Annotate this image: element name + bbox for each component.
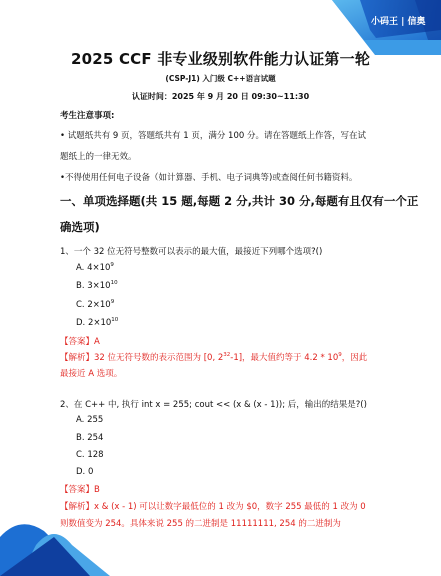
notice-item-2: •不得使用任何电子设备（如计算器、手机、电子词典等)或查阅任何书籍资料。	[60, 171, 357, 183]
question-2-analysis: 【解析】x & (x - 1) 可以让数字最低位的 1 改为 $0，数字 255…	[60, 500, 366, 512]
question-1-analysis-cont: 最接近 A 选项。	[60, 367, 122, 379]
question-2-option-c: C. 128	[76, 450, 104, 460]
question-2-answer: 【答案】B	[60, 483, 100, 495]
question-2-analysis-cont: 则数值变为 254。具体来说 255 的二进制是 11111111, 254 的…	[60, 517, 341, 529]
brand-logo: 小码王 | 信奥	[371, 14, 426, 27]
exam-title: 2025 CCF 非专业级别软件能力认证第一轮	[0, 48, 441, 69]
question-2-option-d: D. 0	[76, 467, 93, 477]
question-1-option-d: D. 2×1010	[76, 318, 118, 328]
question-2-option-b: B. 254	[76, 433, 103, 443]
question-2-option-a: A. 255	[76, 415, 103, 425]
notice-item-1-cont: 题纸上的一律无效。	[60, 150, 137, 162]
notice-heading: 考生注意事项:	[60, 109, 114, 121]
question-1-option-a: A. 4×109	[76, 263, 114, 273]
section-heading-cont: 确选项)	[60, 219, 100, 235]
question-1-stem: 1、一个 32 位无符号整数可以表示的最大值，最接近下列哪个选项?()	[60, 245, 322, 257]
question-1-option-c: C. 2×109	[76, 300, 114, 310]
question-1-answer: 【答案】A	[60, 335, 100, 347]
section-heading: 一、单项选择题(共 15 题,每题 2 分,共计 30 分,每题有且仅有一个正	[60, 193, 418, 209]
brand-banner-decoration	[320, 0, 441, 55]
notice-item-1: • 试题纸共有 9 页，答题纸共有 1 页，满分 100 分。请在答题纸上作答，…	[60, 129, 366, 141]
exam-time: 认证时间：2025 年 9 月 20 日 09:30~11:30	[0, 91, 441, 102]
exam-subtitle: (CSP-J1) 入门级 C++语言试题	[0, 73, 441, 84]
question-2-stem: 2、在 C++ 中, 执行 int x = 255; cout << (x & …	[60, 398, 367, 410]
question-1-analysis: 【解析】32 位无符号数的表示范围为 [0, 232-1]，最大值约等于 4.2…	[60, 351, 367, 363]
question-1-option-b: B. 3×1010	[76, 281, 118, 291]
